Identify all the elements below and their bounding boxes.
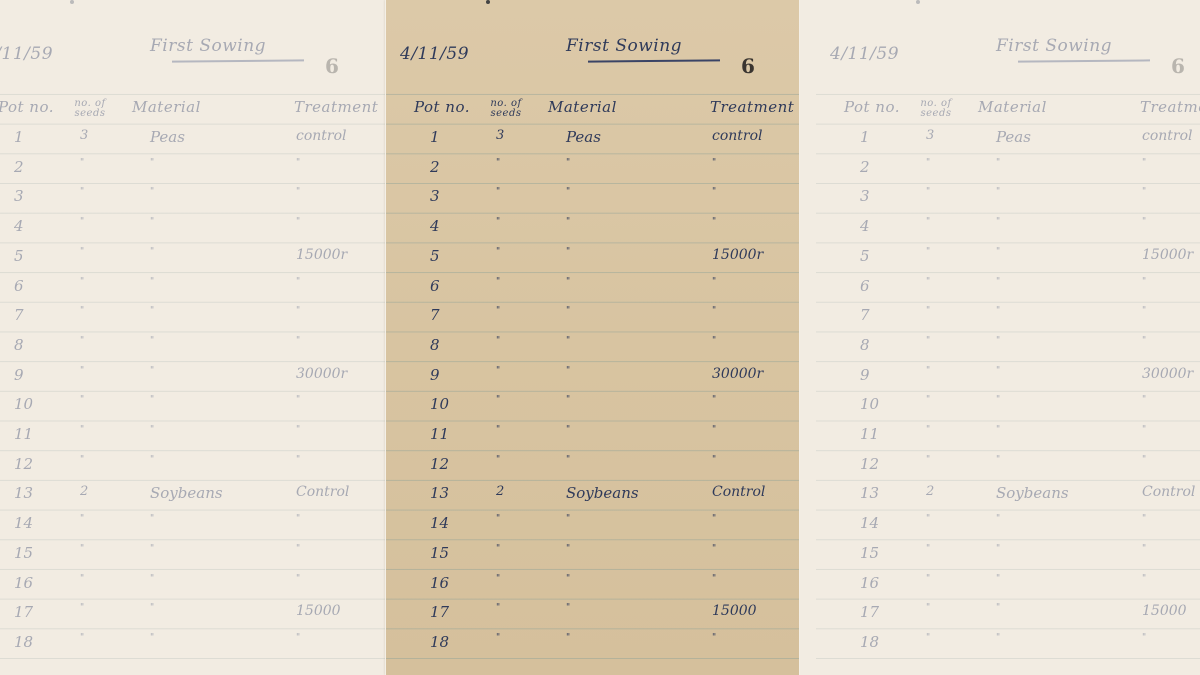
treatment-cell: " xyxy=(712,544,717,554)
treatment-cell: " xyxy=(1142,217,1147,227)
material-cell: " xyxy=(150,544,155,554)
material-cell: Peas xyxy=(150,128,185,146)
material-cell: " xyxy=(150,455,155,465)
date: 4/11/59 xyxy=(830,44,899,64)
title-underline xyxy=(588,59,720,62)
seeds-count-cell: " xyxy=(496,187,501,197)
seeds-count-cell: " xyxy=(80,187,85,197)
seeds-count-cell: " xyxy=(926,158,931,168)
notebook-page: 4/11/59 First Sowing 6 Pot no. no. of se… xyxy=(816,0,1200,675)
seeds-count-cell: " xyxy=(80,603,85,613)
seeds-count-cell: " xyxy=(80,306,85,316)
pot-number-cell: 14 xyxy=(14,514,33,532)
table-row: 8""" xyxy=(0,336,385,366)
material-cell: " xyxy=(566,306,571,316)
seeds-count-cell: " xyxy=(496,158,501,168)
treatment-cell: " xyxy=(1142,395,1147,405)
pot-number-cell: 2 xyxy=(14,158,24,176)
table-row: 9""30000r xyxy=(386,366,800,396)
seeds-count-cell: " xyxy=(496,336,501,346)
pot-number-cell: 13 xyxy=(860,484,879,502)
treatment-cell: " xyxy=(712,306,717,316)
treatment-cell: " xyxy=(712,455,717,465)
material-cell: " xyxy=(566,217,571,227)
material-cell: " xyxy=(150,395,155,405)
column-header-material: Material xyxy=(548,98,617,116)
treatment-cell: " xyxy=(296,158,301,168)
treatment-cell: 30000r xyxy=(712,366,763,382)
material-cell: " xyxy=(996,395,1001,405)
seeds-count-cell: " xyxy=(80,158,85,168)
treatment-cell: " xyxy=(296,277,301,287)
treatment-cell: " xyxy=(712,574,717,584)
pot-number-cell: 2 xyxy=(860,158,870,176)
column-header-material: Material xyxy=(978,98,1047,116)
material-cell: " xyxy=(996,187,1001,197)
seeds-count-cell: " xyxy=(926,425,931,435)
pot-number-cell: 4 xyxy=(860,217,870,235)
material-cell: " xyxy=(150,336,155,346)
table-row: 17""15000 xyxy=(0,603,385,633)
seeds-count-cell: " xyxy=(80,544,85,554)
notebook-page: 4/11/59 First Sowing 6 Pot no. no. of se… xyxy=(0,0,385,675)
treatment-cell: " xyxy=(1142,514,1147,524)
seeds-count-cell: " xyxy=(496,514,501,524)
pot-number-cell: 3 xyxy=(860,187,870,205)
notebook-page: 4/11/59 First Sowing 6 Pot no. no. of se… xyxy=(386,0,800,675)
seeds-count-cell: " xyxy=(80,455,85,465)
material-cell: Peas xyxy=(996,128,1031,146)
treatment-cell: " xyxy=(1142,455,1147,465)
table-row: 9""30000r xyxy=(0,366,385,396)
table-row: 14""" xyxy=(816,514,1200,544)
table-row: 3""" xyxy=(386,187,800,217)
pot-number-cell: 5 xyxy=(430,247,440,265)
material-cell: " xyxy=(150,574,155,584)
table-row: 2""" xyxy=(816,158,1200,188)
material-cell: " xyxy=(150,603,155,613)
table-row: 11""" xyxy=(0,425,385,455)
treatment-cell: " xyxy=(712,158,717,168)
treatment-cell: control xyxy=(1142,128,1193,144)
pot-number-cell: 15 xyxy=(860,544,879,562)
material-cell: " xyxy=(996,633,1001,643)
table-row: 12""" xyxy=(816,455,1200,485)
treatment-cell: " xyxy=(712,633,717,643)
table-row: 6""" xyxy=(0,277,385,307)
treatment-cell: " xyxy=(1142,574,1147,584)
seeds-count-cell: " xyxy=(80,366,85,376)
seeds-count-cell: " xyxy=(496,277,501,287)
pot-number-cell: 14 xyxy=(430,514,449,532)
material-cell: " xyxy=(566,603,571,613)
table-row: 7""" xyxy=(0,306,385,336)
treatment-cell: 15000r xyxy=(1142,247,1193,263)
material-cell: " xyxy=(566,425,571,435)
material-cell: " xyxy=(996,366,1001,376)
treatment-cell: Control xyxy=(296,484,349,500)
treatment-cell: Control xyxy=(1142,484,1195,500)
table-row: 6""" xyxy=(386,277,800,307)
page-title: First Sowing xyxy=(996,36,1112,56)
material-cell: " xyxy=(996,455,1001,465)
ink-mark xyxy=(916,0,920,4)
seeds-count-cell: 3 xyxy=(926,128,934,143)
column-header-pot-no: Pot no. xyxy=(414,98,470,116)
pot-number-cell: 16 xyxy=(860,574,879,592)
table-row: 6""" xyxy=(816,277,1200,307)
pot-number-cell: 3 xyxy=(14,187,24,205)
pot-number-cell: 10 xyxy=(860,395,879,413)
material-cell: " xyxy=(566,247,571,257)
seeds-count-cell: " xyxy=(80,514,85,524)
pot-number-cell: 5 xyxy=(860,247,870,265)
pot-number-cell: 6 xyxy=(14,277,24,295)
table-row: 10""" xyxy=(0,395,385,425)
table-row: 10""" xyxy=(386,395,800,425)
seeds-count-cell: " xyxy=(926,187,931,197)
material-cell: " xyxy=(996,158,1001,168)
treatment-cell: 15000r xyxy=(712,247,763,263)
treatment-cell: " xyxy=(1142,277,1147,287)
title-underline xyxy=(172,59,304,62)
seeds-count-cell: " xyxy=(926,544,931,554)
pot-number-cell: 9 xyxy=(14,366,24,384)
date: 4/11/59 xyxy=(0,44,53,64)
left-faded-page-preview: 4/11/59 First Sowing 6 Pot no. no. of se… xyxy=(0,0,385,675)
table-row: 4""" xyxy=(0,217,385,247)
material-cell: " xyxy=(566,366,571,376)
pot-number-cell: 7 xyxy=(14,306,24,324)
seeds-count-cell: " xyxy=(496,217,501,227)
seeds-count-cell: " xyxy=(80,336,85,346)
material-cell: " xyxy=(150,514,155,524)
ink-mark xyxy=(486,0,490,4)
seeds-count-cell: " xyxy=(80,217,85,227)
pot-number-cell: 15 xyxy=(430,544,449,562)
treatment-cell: " xyxy=(712,217,717,227)
pot-number-cell: 7 xyxy=(860,306,870,324)
material-cell: " xyxy=(150,217,155,227)
page-number: 6 xyxy=(325,54,339,78)
column-header-treatment: Treatment xyxy=(1140,98,1200,116)
table-row: 4""" xyxy=(816,217,1200,247)
main-notebook-page: 4/11/59 First Sowing 6 Pot no. no. of se… xyxy=(385,0,800,675)
treatment-cell: " xyxy=(296,425,301,435)
treatment-cell: " xyxy=(712,514,717,524)
pot-number-cell: 17 xyxy=(14,603,33,621)
pot-number-cell: 13 xyxy=(14,484,33,502)
table-row: 132SoybeansControl xyxy=(0,484,385,514)
page-number: 6 xyxy=(1171,54,1185,78)
pot-number-cell: 12 xyxy=(430,455,449,473)
material-cell: " xyxy=(996,603,1001,613)
treatment-cell: " xyxy=(296,574,301,584)
pot-number-cell: 2 xyxy=(430,158,440,176)
right-faded-page-preview: 4/11/59 First Sowing 6 Pot no. no. of se… xyxy=(800,0,1200,675)
table-row: 10""" xyxy=(816,395,1200,425)
seeds-count-cell: " xyxy=(496,603,501,613)
pot-number-cell: 11 xyxy=(860,425,879,443)
pot-number-cell: 11 xyxy=(14,425,33,443)
material-cell: " xyxy=(566,514,571,524)
seeds-count-cell: " xyxy=(80,247,85,257)
treatment-cell: control xyxy=(712,128,763,144)
pot-number-cell: 9 xyxy=(430,366,440,384)
material-cell: Peas xyxy=(566,128,601,146)
pot-number-cell: 18 xyxy=(860,633,879,651)
treatment-cell: " xyxy=(1142,336,1147,346)
page-title: First Sowing xyxy=(566,36,682,56)
table-row: 11""" xyxy=(386,425,800,455)
treatment-cell: " xyxy=(296,336,301,346)
column-header-no-of-seeds: no. of seeds xyxy=(486,99,526,119)
treatment-cell: " xyxy=(296,395,301,405)
treatment-cell: 30000r xyxy=(1142,366,1193,382)
pot-number-cell: 14 xyxy=(860,514,879,532)
seeds-count-cell: " xyxy=(926,455,931,465)
seeds-count-cell: " xyxy=(926,277,931,287)
pot-number-cell: 17 xyxy=(860,603,879,621)
treatment-cell: 15000 xyxy=(1142,603,1187,619)
pot-number-cell: 3 xyxy=(430,187,440,205)
pot-number-cell: 6 xyxy=(430,277,440,295)
material-cell: " xyxy=(566,395,571,405)
pot-number-cell: 1 xyxy=(430,128,440,146)
material-cell: Soybeans xyxy=(996,484,1069,502)
pot-number-cell: 10 xyxy=(14,395,33,413)
column-header-pot-no: Pot no. xyxy=(0,98,54,116)
table-row: 7""" xyxy=(816,306,1200,336)
pot-number-cell: 12 xyxy=(14,455,33,473)
table-row: 18""" xyxy=(0,633,385,663)
table-row: 3""" xyxy=(816,187,1200,217)
material-cell: " xyxy=(996,514,1001,524)
pot-number-cell: 6 xyxy=(860,277,870,295)
treatment-cell: " xyxy=(712,425,717,435)
material-cell: " xyxy=(150,306,155,316)
pot-number-cell: 17 xyxy=(430,603,449,621)
table-row: 5""15000r xyxy=(816,247,1200,277)
column-header-no-of-seeds: no. of seeds xyxy=(916,99,956,119)
material-cell: " xyxy=(566,277,571,287)
ink-mark xyxy=(70,0,74,4)
material-cell: " xyxy=(566,336,571,346)
treatment-cell: 15000r xyxy=(296,247,347,263)
column-header-treatment: Treatment xyxy=(710,98,794,116)
pot-number-cell: 12 xyxy=(860,455,879,473)
table-row: 5""15000r xyxy=(386,247,800,277)
pot-number-cell: 8 xyxy=(860,336,870,354)
treatment-cell: " xyxy=(1142,544,1147,554)
seeds-count-cell: " xyxy=(926,633,931,643)
seeds-count-cell: " xyxy=(926,306,931,316)
table-row: 13Peascontrol xyxy=(386,128,800,158)
treatment-cell: Control xyxy=(712,484,765,500)
seeds-count-cell: " xyxy=(926,574,931,584)
table-row: 2""" xyxy=(386,158,800,188)
material-cell: " xyxy=(150,633,155,643)
seeds-count-cell: " xyxy=(496,455,501,465)
treatment-cell: " xyxy=(1142,158,1147,168)
treatment-cell: " xyxy=(1142,633,1147,643)
table-row: 13Peascontrol xyxy=(816,128,1200,158)
date: 4/11/59 xyxy=(400,44,469,64)
treatment-cell: 30000r xyxy=(296,366,347,382)
seeds-count-cell: " xyxy=(496,366,501,376)
table-row: 4""" xyxy=(386,217,800,247)
material-cell: " xyxy=(150,247,155,257)
seeds-count-cell: " xyxy=(80,633,85,643)
seeds-count-cell: " xyxy=(926,366,931,376)
seeds-count-cell: 2 xyxy=(80,484,88,499)
material-cell: " xyxy=(996,425,1001,435)
table-row: 11""" xyxy=(816,425,1200,455)
treatment-cell: " xyxy=(296,514,301,524)
treatment-cell: " xyxy=(1142,425,1147,435)
material-cell: " xyxy=(566,455,571,465)
seeds-count-cell: " xyxy=(496,247,501,257)
seeds-count-cell: 2 xyxy=(496,484,504,499)
seeds-count-cell: " xyxy=(926,395,931,405)
table-row: 16""" xyxy=(386,574,800,604)
material-cell: " xyxy=(996,336,1001,346)
pot-number-cell: 16 xyxy=(14,574,33,592)
pot-number-cell: 7 xyxy=(430,306,440,324)
pot-number-cell: 13 xyxy=(430,484,449,502)
treatment-cell: " xyxy=(712,395,717,405)
table-row: 18""" xyxy=(816,633,1200,663)
column-header-treatment: Treatment xyxy=(294,98,378,116)
table-row: 15""" xyxy=(386,544,800,574)
material-cell: " xyxy=(996,574,1001,584)
column-header-material: Material xyxy=(132,98,201,116)
treatment-cell: " xyxy=(296,633,301,643)
table-row: 17""15000 xyxy=(386,603,800,633)
table-row: 8""" xyxy=(816,336,1200,366)
table-row: 5""15000r xyxy=(0,247,385,277)
pot-number-cell: 5 xyxy=(14,247,24,265)
pot-number-cell: 18 xyxy=(14,633,33,651)
table-row: 3""" xyxy=(0,187,385,217)
table-row: 14""" xyxy=(386,514,800,544)
material-cell: Soybeans xyxy=(566,484,639,502)
seeds-count-cell: " xyxy=(496,544,501,554)
treatment-cell: 15000 xyxy=(296,603,341,619)
table-row: 16""" xyxy=(816,574,1200,604)
treatment-cell: " xyxy=(712,336,717,346)
material-cell: Soybeans xyxy=(150,484,223,502)
material-cell: " xyxy=(996,277,1001,287)
table-row: 14""" xyxy=(0,514,385,544)
treatment-cell: control xyxy=(296,128,347,144)
material-cell: " xyxy=(150,277,155,287)
column-header-no-of-seeds: no. of seeds xyxy=(70,99,110,119)
material-cell: " xyxy=(150,158,155,168)
table-row: 13Peascontrol xyxy=(0,128,385,158)
table-row: 16""" xyxy=(0,574,385,604)
material-cell: " xyxy=(566,187,571,197)
treatment-cell: " xyxy=(712,187,717,197)
pot-number-cell: 10 xyxy=(430,395,449,413)
table-row: 7""" xyxy=(386,306,800,336)
seeds-count-cell: " xyxy=(926,603,931,613)
treatment-cell: " xyxy=(1142,187,1147,197)
seeds-count-cell: " xyxy=(926,217,931,227)
table-row: 12""" xyxy=(386,455,800,485)
material-cell: " xyxy=(150,187,155,197)
treatment-cell: " xyxy=(296,217,301,227)
material-cell: " xyxy=(150,425,155,435)
table-row: 15""" xyxy=(816,544,1200,574)
pot-number-cell: 4 xyxy=(14,217,24,235)
page-number: 6 xyxy=(741,54,755,78)
treatment-cell: " xyxy=(296,544,301,554)
pot-number-cell: 8 xyxy=(430,336,440,354)
seeds-count-cell: " xyxy=(496,306,501,316)
material-cell: " xyxy=(566,544,571,554)
seeds-count-cell: 3 xyxy=(80,128,88,143)
seeds-count-cell: " xyxy=(80,395,85,405)
table-row: 18""" xyxy=(386,633,800,663)
table-row: 8""" xyxy=(386,336,800,366)
page-title: First Sowing xyxy=(150,36,266,56)
table-row: 9""30000r xyxy=(816,366,1200,396)
material-cell: " xyxy=(996,247,1001,257)
seeds-count-cell: 2 xyxy=(926,484,934,499)
seeds-count-cell: " xyxy=(496,633,501,643)
material-cell: " xyxy=(150,366,155,376)
table-row: 132SoybeansControl xyxy=(816,484,1200,514)
seeds-count-cell: " xyxy=(80,425,85,435)
table-row: 17""15000 xyxy=(816,603,1200,633)
pot-number-cell: 18 xyxy=(430,633,449,651)
treatment-cell: " xyxy=(296,455,301,465)
treatment-cell: " xyxy=(712,277,717,287)
material-cell: " xyxy=(996,306,1001,316)
table-row: 15""" xyxy=(0,544,385,574)
seeds-count-cell: " xyxy=(80,574,85,584)
treatment-cell: " xyxy=(296,187,301,197)
pot-number-cell: 11 xyxy=(430,425,449,443)
material-cell: " xyxy=(996,217,1001,227)
pot-number-cell: 1 xyxy=(14,128,24,146)
pot-number-cell: 9 xyxy=(860,366,870,384)
treatment-cell: " xyxy=(296,306,301,316)
column-header-pot-no: Pot no. xyxy=(844,98,900,116)
table-row: 2""" xyxy=(0,158,385,188)
seeds-count-cell: " xyxy=(496,574,501,584)
seeds-count-cell: " xyxy=(496,395,501,405)
seeds-count-cell: " xyxy=(926,247,931,257)
material-cell: " xyxy=(566,158,571,168)
title-underline xyxy=(1018,59,1150,62)
seeds-count-cell: 3 xyxy=(496,128,504,143)
seeds-count-cell: " xyxy=(496,425,501,435)
material-cell: " xyxy=(566,574,571,584)
table-row: 132SoybeansControl xyxy=(386,484,800,514)
pot-number-cell: 1 xyxy=(860,128,870,146)
treatment-cell: 15000 xyxy=(712,603,757,619)
pot-number-cell: 4 xyxy=(430,217,440,235)
material-cell: " xyxy=(566,633,571,643)
material-cell: " xyxy=(996,544,1001,554)
seeds-count-cell: " xyxy=(926,336,931,346)
seeds-count-cell: " xyxy=(926,514,931,524)
treatment-cell: " xyxy=(1142,306,1147,316)
pot-number-cell: 16 xyxy=(430,574,449,592)
seeds-count-cell: " xyxy=(80,277,85,287)
